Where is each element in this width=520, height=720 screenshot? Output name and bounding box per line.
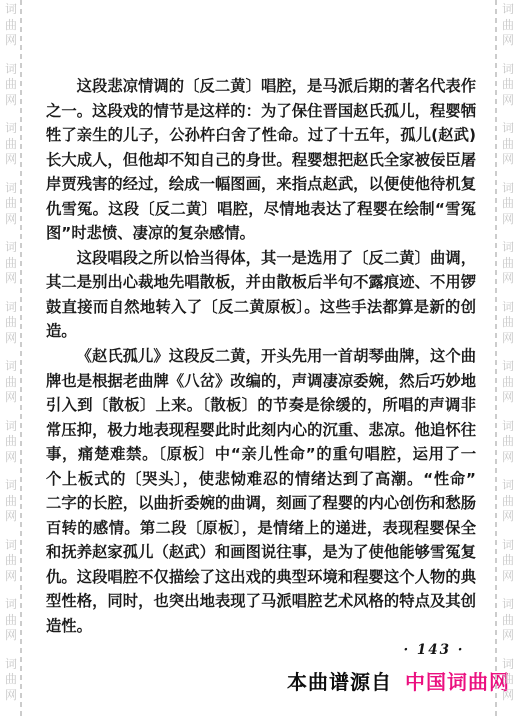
watermark-text: 词曲网 [3,419,19,466]
watermark-text: 词曲网 [500,657,516,704]
text-line: 牌也是根据老曲牌《八岔》改编的，声调凄凉委婉，然后巧妙地 [46,369,476,394]
watermark-text: 词曲网 [3,300,19,347]
text-line: 图”时悲愤、凄凉的复杂感情。 [46,221,476,246]
text-line: 之一。这段戏的情节是这样的：为了保住晋国赵氏孤儿，程婴牺 [46,99,476,124]
watermark-text: 词曲网 [500,181,516,228]
text-line: 造。 [46,319,476,344]
page-number: · 143 · [400,642,468,658]
watermark-text: 词曲网 [500,597,516,644]
left-dashed-divider [20,0,22,720]
text-line: 《赵氏孤儿》这段反二黄，开头先用一首胡琴曲牌，这个曲 [46,344,476,369]
watermark-text: 词曲网 [500,478,516,525]
text-line: 个上板式的〔哭头〕，使悲恸难忍的情绪达到了高潮。“性命” [46,467,476,492]
watermark-text: 词曲网 [3,597,19,644]
text-line: 和抚养赵家孤儿（赵武）和画图说往事，是为了使他能够雪冤复 [46,540,476,565]
text-line: 事，痛楚难禁。〔原板〕中“亲儿性命”的重句唱腔，运用了一 [46,442,476,467]
watermark-text: 词曲网 [3,478,19,525]
text-line: 长大成人，但他却不知自己的身世。程婴想把赵氏全家被佞臣屠 [46,148,476,173]
text-line: 岸贾残害的经过，绘成一幅图画，来指点赵武，以便使他待机复 [46,172,476,197]
watermark-text: 词曲网 [3,181,19,228]
text-line: 鼓直接而自然地转入了〔反二黄原板〕。这些手法都算是新的创 [46,295,476,320]
watermark-text: 词曲网 [3,2,19,49]
text-line: 引入到〔散板〕上来。〔散板〕的节奏是徐缓的，所唱的声调非 [46,393,476,418]
watermark-column-right: 词曲网词曲网词曲网词曲网词曲网词曲网词曲网词曲网词曲网词曲网词曲网词曲网 [500,2,516,703]
text-line: 常压抑，极力地表现程婴此时此刻内心的沉重、悲凉。他追怀往 [46,418,476,443]
watermark-text: 词曲网 [3,121,19,168]
text-line: 牲了亲生的儿子，公孙杵臼舍了性命。过了十五年，孤儿(赵武) [46,123,476,148]
watermark-text: 词曲网 [3,240,19,287]
article-body: 这段悲凉情调的〔反二黄〕唱腔，是马派后期的著名代表作之一。这段戏的情节是这样的：… [46,74,476,639]
watermark-text: 词曲网 [500,121,516,168]
watermark-text: 词曲网 [3,657,19,704]
watermark-text: 词曲网 [3,359,19,406]
watermark-text: 词曲网 [500,62,516,109]
footer-source-note: 本曲谱源自 中国词曲网 [287,666,510,695]
right-dashed-divider [495,0,497,720]
text-line: 造性。 [46,614,476,639]
watermark-text: 词曲网 [500,240,516,287]
watermark-text: 词曲网 [3,62,19,109]
watermark-text: 词曲网 [500,419,516,466]
text-line: 其二是别出心裁地先唱散板，并由散板后半句不露痕迹、不用锣 [46,270,476,295]
scanned-page: 词曲网词曲网词曲网词曲网词曲网词曲网词曲网词曲网词曲网词曲网词曲网词曲网 这段悲… [0,0,520,720]
watermark-column-left: 词曲网词曲网词曲网词曲网词曲网词曲网词曲网词曲网词曲网词曲网词曲网词曲网 [3,2,19,703]
text-line: 型性格，同时，也突出地表现了马派唱腔艺术风格的特点及其创 [46,589,476,614]
watermark-text: 词曲网 [500,359,516,406]
text-line: 百转的感情。第二段〔原板〕，是情绪上的递进，表现程婴保全 [46,516,476,541]
watermark-text: 词曲网 [500,2,516,49]
footer-source-prefix: 本曲谱源自 [287,666,392,695]
watermark-text: 词曲网 [500,300,516,347]
watermark-text: 词曲网 [3,538,19,585]
text-line: 这段悲凉情调的〔反二黄〕唱腔，是马派后期的著名代表作 [46,74,476,99]
text-line: 这段唱段之所以恰当得体，其一是选用了〔反二黄〕曲调， [46,246,476,271]
text-line: 二字的长腔，以曲折委婉的曲调，刻画了程婴的内心创伤和愁肠 [46,491,476,516]
text-line: 仇雪冤。这段〔反二黄〕唱腔，尽情地表达了程婴在绘制“雪冤 [46,197,476,222]
text-line: 仇。这段唱腔不仅描绘了这出戏的典型环境和程婴这个人物的典 [46,565,476,590]
watermark-text: 词曲网 [500,538,516,585]
